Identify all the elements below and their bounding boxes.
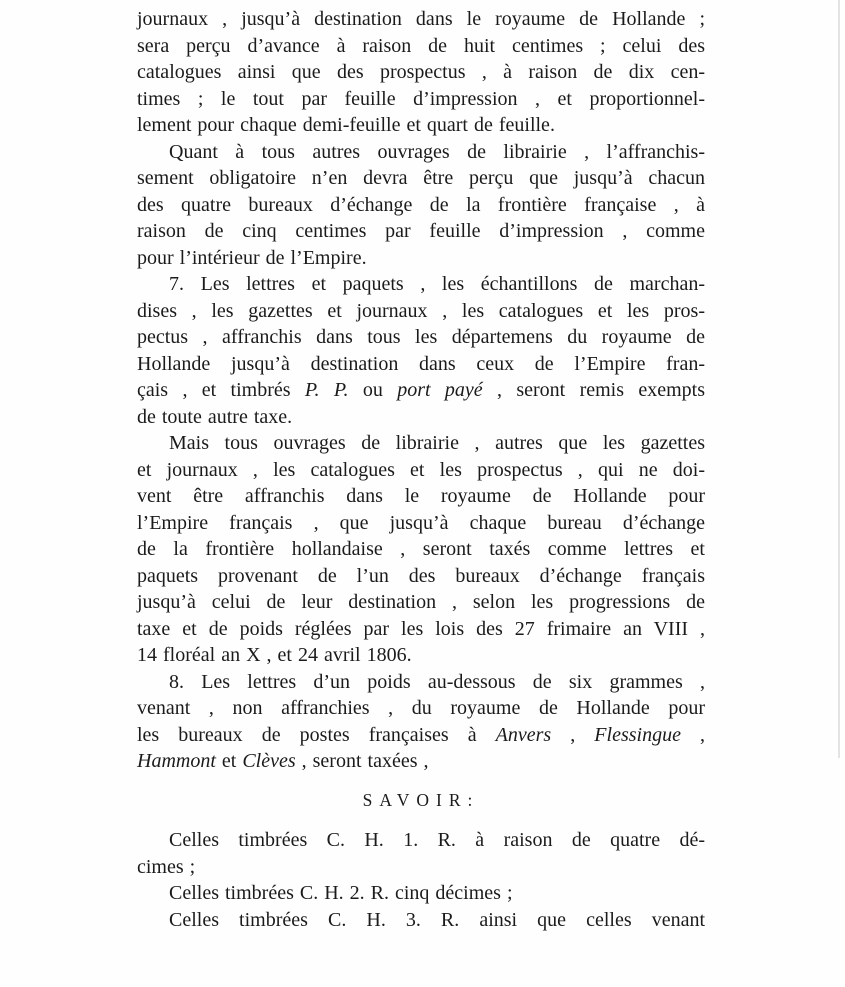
text-line: venant , non affranchies , du royaume de… — [137, 695, 705, 722]
paragraph: 8. Les lettres d’un poids au-dessous de … — [137, 669, 705, 775]
body-text: les bureaux de postes françaises à — [137, 724, 496, 746]
body-text: de toute autre taxe. — [137, 406, 292, 428]
body-text: sement obligatoire n’en devra être perçu… — [137, 167, 705, 189]
body-text: çais , et timbrés — [137, 379, 305, 401]
body-text: , seront taxées , — [296, 750, 429, 772]
text-line: sement obligatoire n’en devra être perçu… — [137, 165, 705, 192]
text-line: çais , et timbrés P. P. ou port payé , s… — [137, 377, 705, 404]
italic-text: port payé — [397, 379, 482, 401]
text-line: des quatre bureaux d’échange de la front… — [137, 192, 705, 219]
paragraph: journaux , jusqu’à destination dans le r… — [137, 6, 705, 139]
text-line: Quant à tous autres ouvrages de librairi… — [137, 139, 705, 166]
body-text: ou — [349, 379, 398, 401]
text-line: l’Empire français , que jusqu’à chaque b… — [137, 510, 705, 537]
text-line: 7. Les lettres et paquets , les échantil… — [137, 271, 705, 298]
body-text: raison de cinq centimes par feuille d’im… — [137, 220, 705, 242]
text-line: catalogues ainsi que des prospectus , à … — [137, 59, 705, 86]
text-line: vent être affranchis dans le royaume de … — [137, 483, 705, 510]
body-text: , — [551, 724, 594, 746]
paragraph: Mais tous ouvrages de librairie , autres… — [137, 430, 705, 669]
body-text: , seront remis exempts — [483, 379, 705, 401]
text-line: taxe et de poids réglées par les lois de… — [137, 616, 705, 643]
paragraph: Celles timbrées C. H. 1. R. à raison de … — [137, 827, 705, 880]
body-text: Quant à tous autres ouvrages de librairi… — [169, 141, 705, 163]
body-text: l’Empire français , que jusqu’à chaque b… — [137, 512, 705, 534]
text-line: pour l’intérieur de l’Empire. — [137, 245, 705, 272]
body-text: 8. Les lettres d’un poids au-dessous de … — [169, 671, 705, 693]
body-text: times ; le tout par feuille d’impression… — [137, 88, 705, 110]
paragraph: Celles timbrées C. H. 2. R. cinq décimes… — [137, 880, 705, 907]
body-text: Hollande jusqu’à destination dans ceux d… — [137, 353, 705, 375]
body-text: catalogues ainsi que des prospectus , à … — [137, 61, 705, 83]
body-text: et journaux , les catalogues et les pros… — [137, 459, 705, 481]
body-text: Celles timbrées C. H. 1. R. à raison de … — [169, 829, 705, 851]
body-text: cimes ; — [137, 856, 195, 878]
body-text: des quatre bureaux d’échange de la front… — [137, 194, 705, 216]
body-text: et — [216, 750, 242, 772]
body-text: 7. Les lettres et paquets , les échantil… — [169, 273, 705, 295]
text-line: et journaux , les catalogues et les pros… — [137, 457, 705, 484]
text-line: cimes ; — [137, 854, 705, 881]
text-line: dises , les gazettes et journaux , les c… — [137, 298, 705, 325]
text-line: 8. Les lettres d’un poids au-dessous de … — [137, 669, 705, 696]
text-line: times ; le tout par feuille d’impression… — [137, 86, 705, 113]
body-text: paquets provenant de l’un des bureaux d’… — [137, 565, 705, 587]
italic-text: Flessingue — [594, 724, 681, 746]
body-text: taxe et de poids réglées par les lois de… — [137, 618, 705, 640]
text-line: Hammont et Clèves , seront taxées , — [137, 748, 705, 775]
body-text: jusqu’à celui de leur destination , selo… — [137, 591, 705, 613]
body-text: Celles timbrées C. H. 3. R. ainsi que ce… — [169, 909, 705, 931]
text-line: Mais tous ouvrages de librairie , autres… — [137, 430, 705, 457]
text-line: journaux , jusqu’à destination dans le r… — [137, 6, 705, 33]
paragraph: Celles timbrées C. H. 3. R. ainsi que ce… — [137, 907, 705, 934]
body-text: Celles timbrées C. H. 2. R. cinq décimes… — [169, 882, 513, 904]
body-text: Mais tous ouvrages de librairie , autres… — [169, 432, 705, 454]
italic-text: P. P. — [305, 379, 349, 401]
page-edge-line — [838, 0, 840, 758]
text-line: les bureaux de postes françaises à Anver… — [137, 722, 705, 749]
body-text: journaux , jusqu’à destination dans le r… — [137, 8, 705, 30]
body-text: de la frontière hollandaise , seront tax… — [137, 538, 705, 560]
body-text: venant , non affranchies , du royaume de… — [137, 697, 705, 719]
body-text: sera perçu d’avance à raison de huit cen… — [137, 35, 705, 57]
body-text: lement pour chaque demi-feuille et quart… — [137, 114, 555, 136]
text-line: Hollande jusqu’à destination dans ceux d… — [137, 351, 705, 378]
text-line: de la frontière hollandaise , seront tax… — [137, 536, 705, 563]
text-line: sera perçu d’avance à raison de huit cen… — [137, 33, 705, 60]
text-line: Celles timbrées C. H. 2. R. cinq décimes… — [137, 880, 705, 907]
savoir-heading: SAVOIR: — [137, 787, 705, 814]
body-text: dises , les gazettes et journaux , les c… — [137, 300, 705, 322]
italic-text: Clèves — [242, 750, 295, 772]
text-line: jusqu’à celui de leur destination , selo… — [137, 589, 705, 616]
body-text: , — [681, 724, 705, 746]
body-text: pectus , affranchis dans tous les départ… — [137, 326, 705, 348]
scanned-page: journaux , jusqu’à destination dans le r… — [0, 0, 845, 987]
body-text: 14 floréal an X , et 24 avril 1806. — [137, 644, 412, 666]
text-line: Celles timbrées C. H. 3. R. ainsi que ce… — [137, 907, 705, 934]
text-line: raison de cinq centimes par feuille d’im… — [137, 218, 705, 245]
text-line: Celles timbrées C. H. 1. R. à raison de … — [137, 827, 705, 854]
text-line: pectus , affranchis dans tous les départ… — [137, 324, 705, 351]
body-text: pour l’intérieur de l’Empire. — [137, 247, 367, 269]
italic-text: Hammont — [137, 750, 216, 772]
page-text: journaux , jusqu’à destination dans le r… — [137, 6, 705, 933]
text-line: paquets provenant de l’un des bureaux d’… — [137, 563, 705, 590]
paragraph: 7. Les lettres et paquets , les échantil… — [137, 271, 705, 430]
paragraph: Quant à tous autres ouvrages de librairi… — [137, 139, 705, 272]
text-line: de toute autre taxe. — [137, 404, 705, 431]
text-line: lement pour chaque demi-feuille et quart… — [137, 112, 705, 139]
body-text: vent être affranchis dans le royaume de … — [137, 485, 705, 507]
text-line: 14 floréal an X , et 24 avril 1806. — [137, 642, 705, 669]
italic-text: Anvers — [496, 724, 552, 746]
